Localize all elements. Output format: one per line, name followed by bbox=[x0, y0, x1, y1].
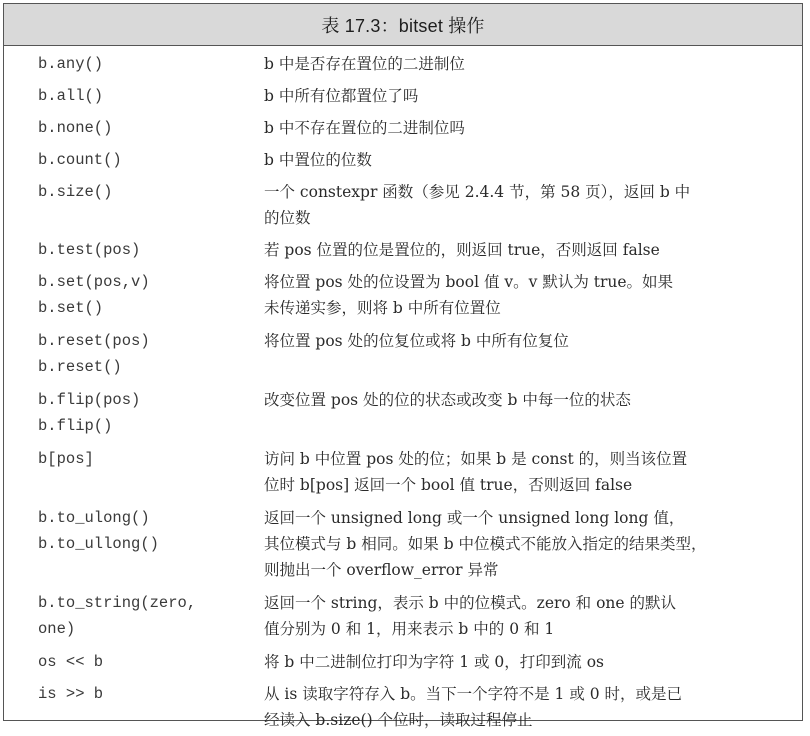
operation-text: b.to_ullong() bbox=[38, 531, 264, 557]
operation-text: one) bbox=[38, 616, 264, 642]
description-cell: b 中置位的位数 bbox=[264, 147, 802, 173]
description-text: 访问 b 中位置 pos 处的位；如果 b 是 const 的，则当该位置 bbox=[264, 446, 784, 472]
operation-text: b.to_ulong() bbox=[38, 505, 264, 531]
table-title: 表 17.3：bitset 操作 bbox=[4, 4, 802, 46]
operation-cell: b.flip(pos)b.flip() bbox=[4, 387, 264, 439]
description-text: b 中所有位都置位了吗 bbox=[264, 83, 784, 109]
table-row: b.set(pos,v)b.set()将位置 pos 处的位设置为 bool 值… bbox=[4, 269, 802, 321]
operation-text: b.count() bbox=[38, 147, 264, 173]
description-text: 未传递实参，则将 b 中所有位置位 bbox=[264, 295, 784, 321]
operation-text: os << b bbox=[38, 649, 264, 675]
table-row: b.all()b 中所有位都置位了吗 bbox=[4, 83, 802, 109]
operation-text: b.all() bbox=[38, 83, 264, 109]
table-row: os << b将 b 中二进制位打印为字符 1 或 0，打印到流 os bbox=[4, 649, 802, 675]
operation-cell: b.reset(pos)b.reset() bbox=[4, 328, 264, 380]
operation-cell: is >> b bbox=[4, 681, 264, 707]
description-text: 若 pos 位置的位是置位的，则返回 true，否则返回 false bbox=[264, 237, 784, 263]
description-text: 返回一个 unsigned long 或一个 unsigned long lon… bbox=[264, 505, 784, 531]
operation-text: b.none() bbox=[38, 115, 264, 141]
description-cell: 若 pos 位置的位是置位的，则返回 true，否则返回 false bbox=[264, 237, 802, 263]
operation-text: b.any() bbox=[38, 51, 264, 77]
operation-cell: b[pos] bbox=[4, 446, 264, 472]
description-text: 位时 b[pos] 返回一个 bool 值 true，否则返回 false bbox=[264, 472, 784, 498]
description-text: b 中不存在置位的二进制位吗 bbox=[264, 115, 784, 141]
description-cell: b 中所有位都置位了吗 bbox=[264, 83, 802, 109]
description-text: 则抛出一个 overflow_error 异常 bbox=[264, 557, 784, 583]
description-text: 一个 constexpr 函数（参见 2.4.4 节，第 58 页），返回 b … bbox=[264, 179, 784, 205]
bitset-operations-table: 表 17.3：bitset 操作 b.any()b 中是否存在置位的二进制位b.… bbox=[3, 3, 803, 721]
operation-cell: b.all() bbox=[4, 83, 264, 109]
description-cell: 从 is 读取字符存入 b。当下一个字符不是 1 或 0 时，或是已经读入 b.… bbox=[264, 681, 802, 733]
table-row: b.reset(pos)b.reset()将位置 pos 处的位复位或将 b 中… bbox=[4, 328, 802, 380]
table-row: b.test(pos)若 pos 位置的位是置位的，则返回 true，否则返回 … bbox=[4, 237, 802, 263]
description-text: 其位模式与 b 相同。如果 b 中位模式不能放入指定的结果类型， bbox=[264, 531, 784, 557]
description-cell: b 中不存在置位的二进制位吗 bbox=[264, 115, 802, 141]
description-text: 的位数 bbox=[264, 205, 784, 231]
operation-cell: b.set(pos,v)b.set() bbox=[4, 269, 264, 321]
table-row: b.any()b 中是否存在置位的二进制位 bbox=[4, 51, 802, 77]
description-cell: 一个 constexpr 函数（参见 2.4.4 节，第 58 页），返回 b … bbox=[264, 179, 802, 231]
table-row: b.to_string(zero,one)返回一个 string，表示 b 中的… bbox=[4, 590, 802, 642]
description-cell: 将 b 中二进制位打印为字符 1 或 0，打印到流 os bbox=[264, 649, 802, 675]
operation-text: b.size() bbox=[38, 179, 264, 205]
operation-text: b.reset(pos) bbox=[38, 328, 264, 354]
description-cell: 返回一个 unsigned long 或一个 unsigned long lon… bbox=[264, 505, 802, 583]
operation-text: b.flip() bbox=[38, 413, 264, 439]
description-text: 将位置 pos 处的位设置为 bool 值 v。v 默认为 true。如果 bbox=[264, 269, 784, 295]
table-body: b.any()b 中是否存在置位的二进制位b.all()b 中所有位都置位了吗b… bbox=[4, 46, 802, 48]
table-row: b[pos]访问 b 中位置 pos 处的位；如果 b 是 const 的，则当… bbox=[4, 446, 802, 498]
table-row: b.flip(pos)b.flip()改变位置 pos 处的位的状态或改变 b … bbox=[4, 387, 802, 439]
operation-cell: b.any() bbox=[4, 51, 264, 77]
operation-cell: b.count() bbox=[4, 147, 264, 173]
description-text: 经读入 b.size() 个位时，读取过程停止 bbox=[264, 707, 784, 733]
description-cell: 访问 b 中位置 pos 处的位；如果 b 是 const 的，则当该位置位时 … bbox=[264, 446, 802, 498]
description-text: b 中置位的位数 bbox=[264, 147, 784, 173]
description-cell: 返回一个 string，表示 b 中的位模式。zero 和 one 的默认值分别… bbox=[264, 590, 802, 642]
description-cell: b 中是否存在置位的二进制位 bbox=[264, 51, 802, 77]
description-text: 将位置 pos 处的位复位或将 b 中所有位复位 bbox=[264, 328, 784, 354]
table-row: is >> b从 is 读取字符存入 b。当下一个字符不是 1 或 0 时，或是… bbox=[4, 681, 802, 733]
table-row: b.none()b 中不存在置位的二进制位吗 bbox=[4, 115, 802, 141]
operation-text: b.reset() bbox=[38, 354, 264, 380]
operation-text: b.set() bbox=[38, 295, 264, 321]
description-text: 返回一个 string，表示 b 中的位模式。zero 和 one 的默认 bbox=[264, 590, 784, 616]
description-text: 从 is 读取字符存入 b。当下一个字符不是 1 或 0 时，或是已 bbox=[264, 681, 784, 707]
table-row: b.to_ulong()b.to_ullong()返回一个 unsigned l… bbox=[4, 505, 802, 583]
description-text: b 中是否存在置位的二进制位 bbox=[264, 51, 784, 77]
operation-text: b.test(pos) bbox=[38, 237, 264, 263]
description-cell: 将位置 pos 处的位复位或将 b 中所有位复位 bbox=[264, 328, 802, 354]
operation-cell: os << b bbox=[4, 649, 264, 675]
description-text: 将 b 中二进制位打印为字符 1 或 0，打印到流 os bbox=[264, 649, 784, 675]
operation-cell: b.to_ulong()b.to_ullong() bbox=[4, 505, 264, 557]
table-row: b.count()b 中置位的位数 bbox=[4, 147, 802, 173]
operation-cell: b.size() bbox=[4, 179, 264, 205]
operation-text: b.flip(pos) bbox=[38, 387, 264, 413]
description-cell: 改变位置 pos 处的位的状态或改变 b 中每一位的状态 bbox=[264, 387, 802, 413]
operation-text: b.set(pos,v) bbox=[38, 269, 264, 295]
operation-cell: b.none() bbox=[4, 115, 264, 141]
description-text: 值分别为 0 和 1，用来表示 b 中的 0 和 1 bbox=[264, 616, 784, 642]
operation-text: b.to_string(zero, bbox=[38, 590, 264, 616]
operation-text: is >> b bbox=[38, 681, 264, 707]
description-text: 改变位置 pos 处的位的状态或改变 b 中每一位的状态 bbox=[264, 387, 784, 413]
description-cell: 将位置 pos 处的位设置为 bool 值 v。v 默认为 true。如果未传递… bbox=[264, 269, 802, 321]
operation-cell: b.to_string(zero,one) bbox=[4, 590, 264, 642]
operation-text: b[pos] bbox=[38, 446, 264, 472]
operation-cell: b.test(pos) bbox=[4, 237, 264, 263]
table-row: b.size()一个 constexpr 函数（参见 2.4.4 节，第 58 … bbox=[4, 179, 802, 231]
